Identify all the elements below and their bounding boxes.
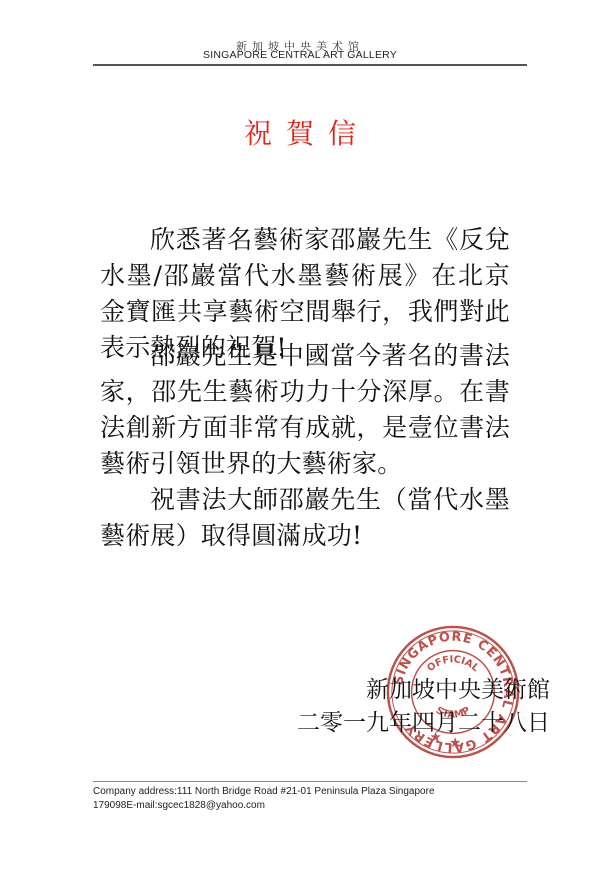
- footer-address: Company address:111 North Bridge Road #2…: [93, 786, 435, 797]
- signature-organization: 新加坡中央美術館: [366, 671, 550, 704]
- letterhead-name-en: SINGAPORE CENTRAL ART GALLERY: [0, 49, 600, 61]
- footer-divider: [93, 781, 527, 782]
- paragraph-2: 邵巖先生是中國當今著名的書法家，邵先生藝術功力十分深厚。在書法創新方面非常有成就…: [100, 338, 510, 492]
- signature-date: 二零一九年四月二十八日: [297, 704, 550, 737]
- footer-email: 179098E-mail:sgcec1828@yahoo.com: [93, 800, 265, 811]
- svg-text:★: ★: [449, 735, 461, 751]
- paragraph-3: 祝書法大師邵巖先生（當代水墨藝術展）取得圓滿成功!: [100, 482, 510, 564]
- header-divider: [93, 64, 527, 66]
- letter-title: 祝賀信: [0, 112, 600, 152]
